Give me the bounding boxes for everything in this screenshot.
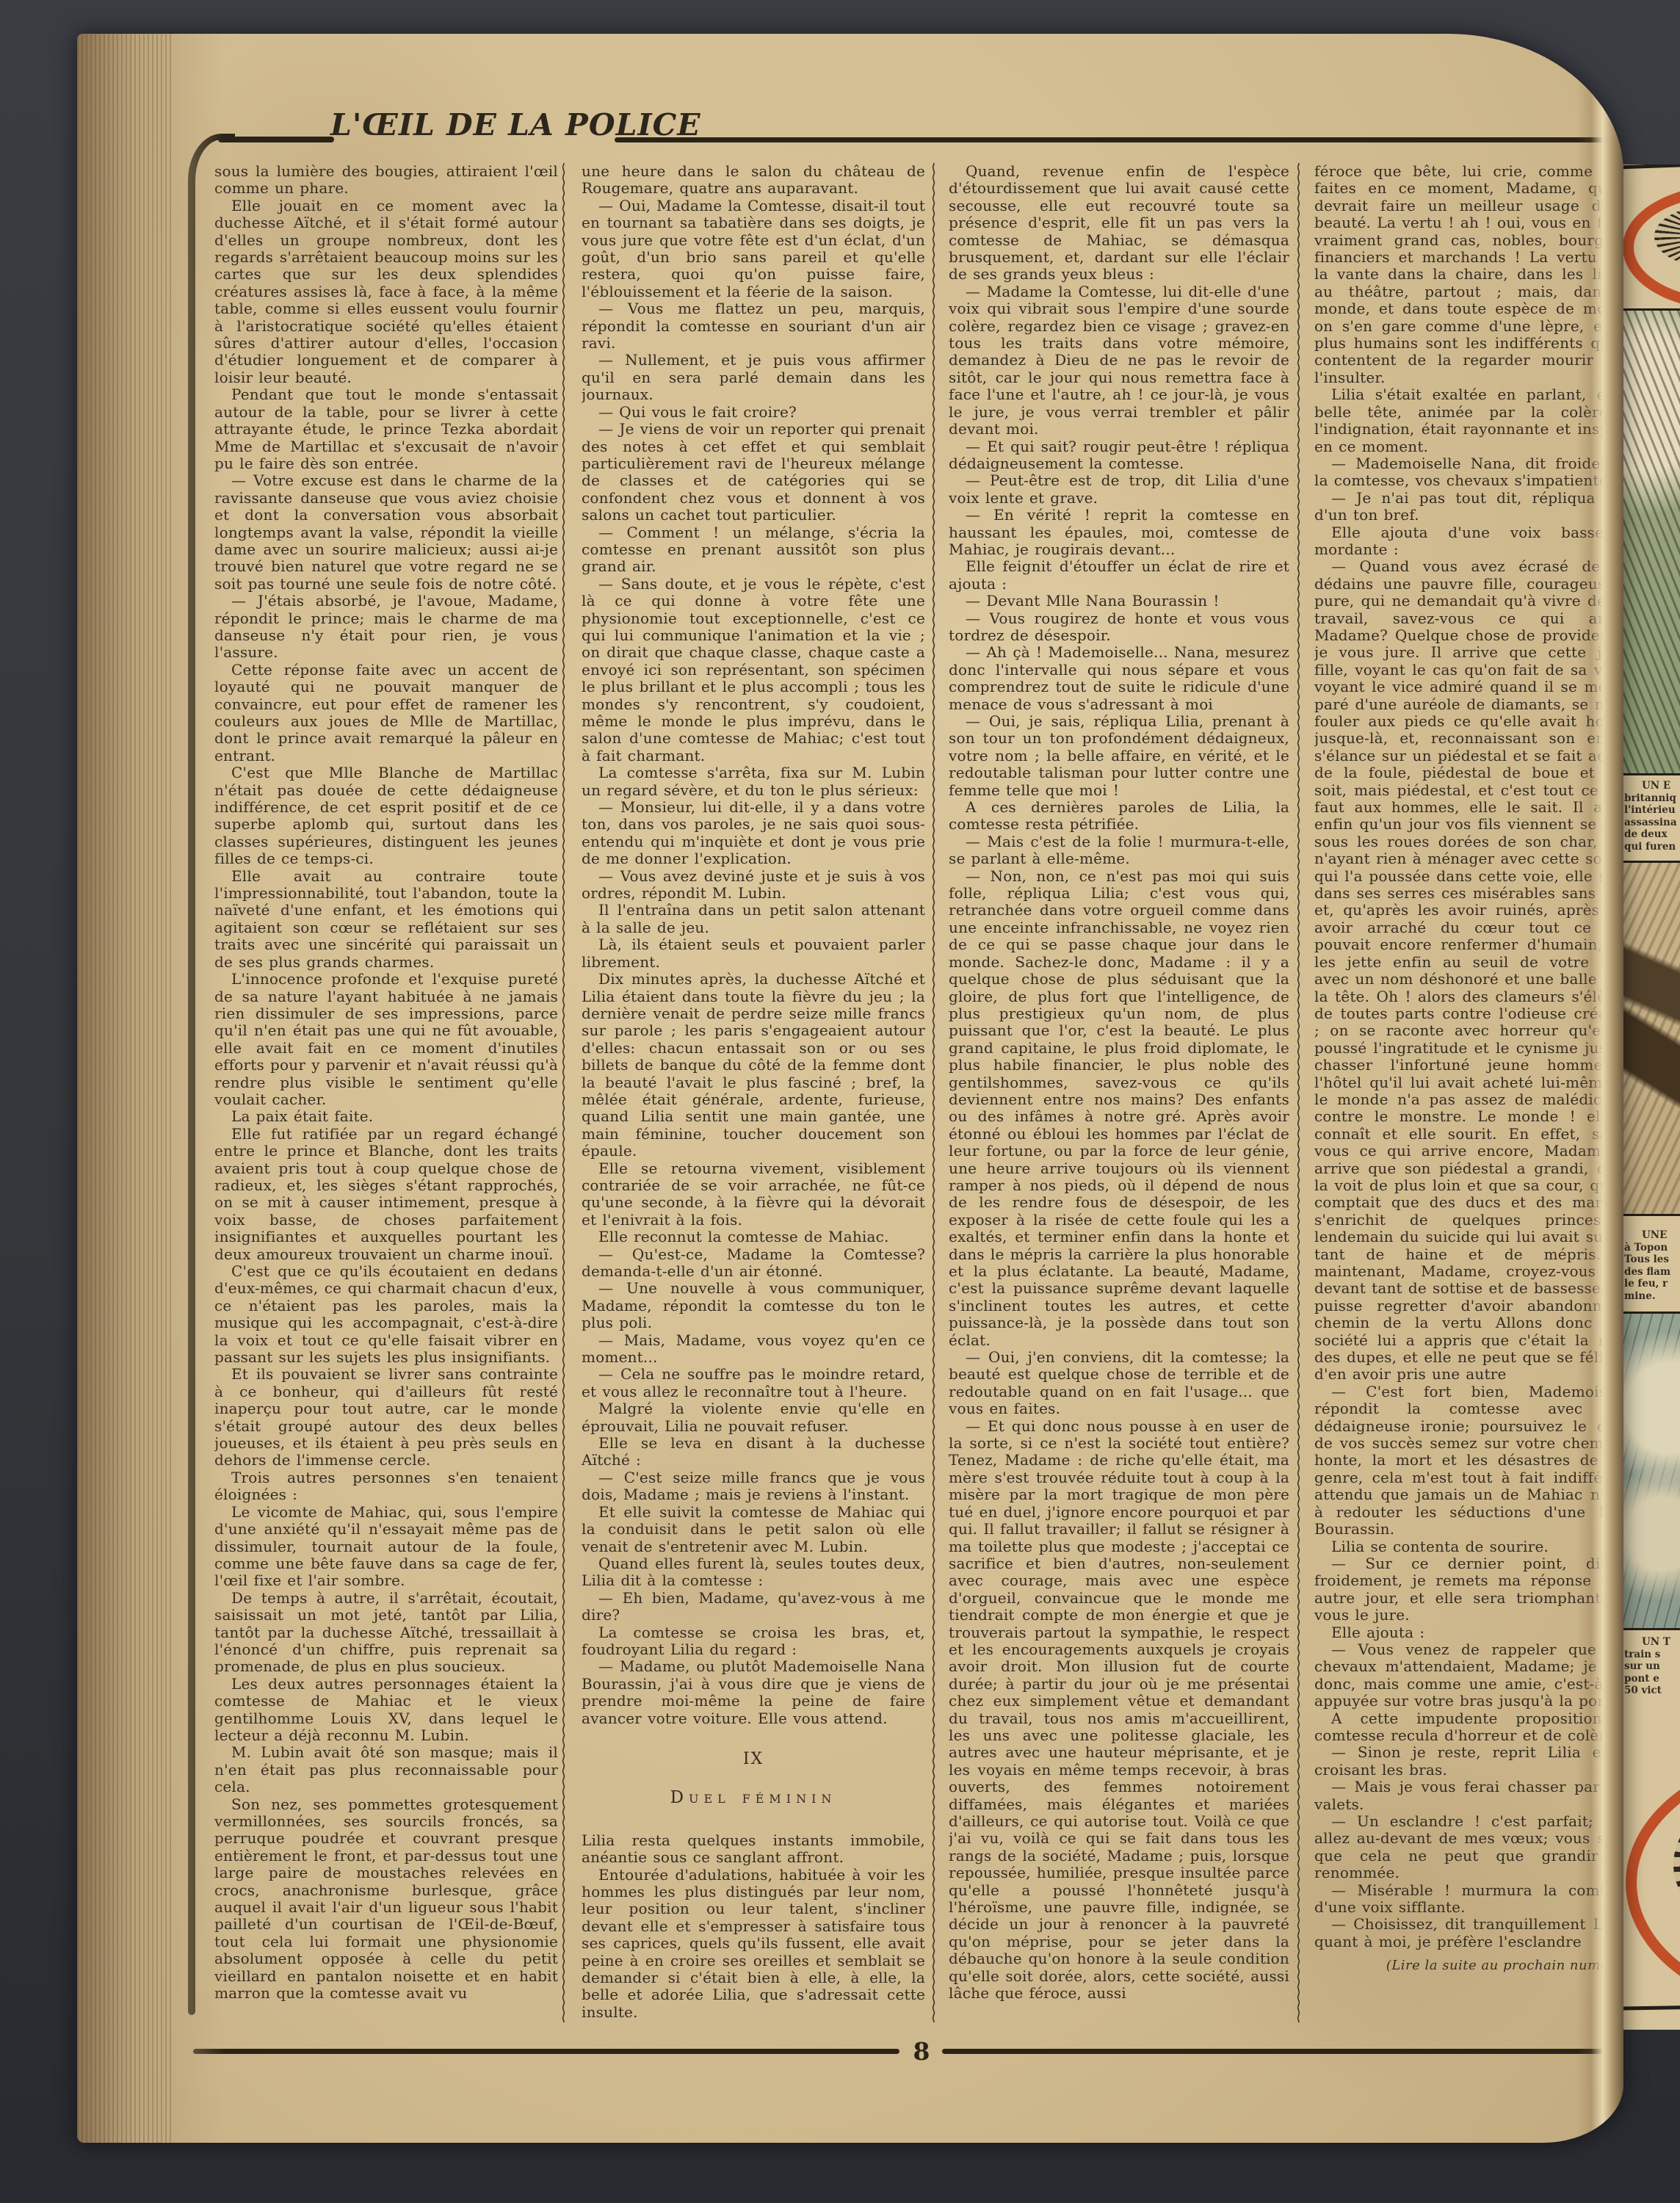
paragraph: — Vous venez de rappeler que mes chevaux… xyxy=(1314,1641,1623,1710)
side-page-top-rule xyxy=(1614,164,1680,170)
paragraph: l'intérieu xyxy=(1624,804,1680,817)
paragraph: — Quand vous avez écrasé de vos dédains … xyxy=(1314,558,1623,1383)
paragraph: — Vous rougirez de honte et vous vous to… xyxy=(949,610,1289,645)
paragraph: UN T xyxy=(1624,1636,1680,1649)
paragraph: Et ils pouvaient se livrer sans contrain… xyxy=(214,1366,558,1469)
paragraph: — Et qui donc nous pousse à en user de l… xyxy=(949,1418,1289,2003)
eye-iris-icon xyxy=(1673,1782,1680,1947)
paragraph: Lilia resta quelques instants immobile, … xyxy=(582,1832,925,1867)
paragraph: des flam xyxy=(1624,1266,1680,1278)
paragraph: Il l'entraîna dans un petit salon attena… xyxy=(582,902,925,936)
masthead-rule-left xyxy=(218,137,334,142)
paragraph: le feu, r xyxy=(1624,1278,1680,1290)
paragraph: sous la lumière des bougies, attiraient … xyxy=(214,163,558,198)
comic-panel-beams xyxy=(1618,861,1680,1216)
eye-emblem-bottom xyxy=(1626,1751,1680,2015)
paragraph: — Mais, Madame, vous voyez qu'en ce mome… xyxy=(582,1332,925,1367)
paragraph: — C'est fort bien, Mademoiselle, répondi… xyxy=(1314,1383,1623,1538)
paragraph: assassina xyxy=(1624,817,1680,829)
paragraph: sur un xyxy=(1624,1660,1680,1673)
paragraph: La comtesse s'arrêta, fixa sur M. Lubin … xyxy=(582,764,925,799)
paragraph: UNE xyxy=(1624,1229,1680,1242)
paragraph: mine. xyxy=(1624,1290,1680,1303)
frame-left-border xyxy=(188,181,195,2015)
paragraph: La comtesse se croisa les bras, et, foud… xyxy=(582,1624,925,1659)
paragraph: Elle fut ratifiée par un regard échangé … xyxy=(214,1126,558,1263)
paragraph: A ces dernières paroles de Lilia, la com… xyxy=(949,799,1289,833)
paragraph: — Mais c'est de la folie ! murmura-t-ell… xyxy=(949,833,1289,868)
paragraph: — Je n'ai pas tout dit, répliqua Lilia d… xyxy=(1314,490,1623,524)
bottom-rule-right xyxy=(942,2049,1623,2054)
paragraph: A cette impudente proposition, la comtes… xyxy=(1314,1710,1623,1745)
paragraph: — Madame, ou plutôt Mademoiselle Nana Bo… xyxy=(582,1658,925,1727)
text-column-2: une heure dans le salon du château de Ro… xyxy=(582,163,925,2047)
paragraph: C'est que Mlle Blanche de Martillac n'ét… xyxy=(214,764,558,867)
paragraph: Les deux autres personnages étaient la c… xyxy=(214,1676,558,1745)
paragraph: Quand, revenue enfin de l'espèce d'étour… xyxy=(949,163,1289,283)
paragraph: Elle ajouta d'une voix basse et mordante… xyxy=(1314,524,1623,559)
paragraph: Elle ajouta : xyxy=(1314,1624,1623,1641)
paragraph: M. Lubin avait ôté son masque; mais il n… xyxy=(214,1744,558,1795)
paragraph: — Misérable ! murmura la comtesse d'une … xyxy=(1314,1882,1623,1917)
comic-caption-2: UNEà ToponTous lesdes flamle feu, rmine. xyxy=(1614,1225,1680,1302)
paragraph: — Non, non, ce n'est pas moi qui suis fo… xyxy=(949,868,1289,1349)
paragraph: — J'étais absorbé, je l'avoue, Madame, r… xyxy=(214,593,558,662)
paragraph: de deux xyxy=(1624,828,1680,841)
paragraph: — Une nouvelle à vous communiquer, Madam… xyxy=(582,1280,925,1331)
paragraph: — Ah çà ! Mademoiselle... Nana, mesurez … xyxy=(949,644,1289,713)
text-column-1: sous la lumière des bougies, attiraient … xyxy=(214,163,558,2047)
paragraph: — Sur ce dernier point, dit-elle froidem… xyxy=(1314,1555,1623,1624)
paragraph: — Devant Mlle Nana Bourassin ! xyxy=(949,593,1289,609)
paragraph: Le vicomte de Mahiac, qui, sous l'empire… xyxy=(214,1504,558,1590)
paragraph: Et elle suivit la comtesse de Mahiac qui… xyxy=(582,1504,925,1555)
page-title: L'ŒIL DE LA POLICE xyxy=(330,107,609,142)
column-2-part-2: Lilia resta quelques instants immobile, … xyxy=(582,1832,925,2021)
paragraph: UN E xyxy=(1624,780,1680,792)
paragraph: — Nullement, et je puis vous affirmer qu… xyxy=(582,352,925,403)
paragraph: — Comment ! un mélange, s'écria la comte… xyxy=(582,524,925,576)
continuation-note: (Lire la suite au prochain numéro). xyxy=(1318,1958,1623,1973)
paragraph: féroce que bête, lui crie, comme vous fa… xyxy=(1314,163,1623,386)
paragraph: — Monsieur, lui dit-elle, il y a dans vo… xyxy=(582,799,925,868)
chapter-title: Duel féminin xyxy=(582,1790,925,1806)
paragraph: — Cela ne souffre pas le moindre retard,… xyxy=(582,1366,925,1400)
paragraph: qui furen xyxy=(1624,841,1680,853)
paragraph: — Mademoiselle Nana, dit froidement la c… xyxy=(1314,455,1623,490)
paragraph: De temps à autre, il s'arrêtait, écoutai… xyxy=(214,1590,558,1676)
paragraph: — Choisissez, dit tranquillement Lilia ;… xyxy=(1314,1916,1623,1950)
bottom-rule-left xyxy=(193,2049,899,2054)
paragraph: Elle reconnut la comtesse de Mahiac. xyxy=(582,1229,925,1245)
comic-panel-figure xyxy=(1618,308,1680,775)
paragraph: — Vous me flattez un peu, marquis, répon… xyxy=(582,300,925,352)
paragraph: — Qui vous le fait croire? xyxy=(582,404,925,421)
paragraph: Elle avait au contraire toute l'impressi… xyxy=(214,868,558,971)
paragraph: Elle jouait en ce moment avec la duchess… xyxy=(214,198,558,386)
paragraph: — Votre excuse est dans le charme de la … xyxy=(214,472,558,593)
paragraph: C'est que ce qu'ils écoutaient en dedans… xyxy=(214,1263,558,1366)
paragraph: Elle se retourna vivement, visiblement c… xyxy=(582,1160,925,1229)
paragraph: — Vous avez deviné juste et je suis à vo… xyxy=(582,868,925,902)
eye-emblem-top xyxy=(1623,185,1680,310)
paragraph: — Sans doute, et je vous le répète, c'es… xyxy=(582,576,925,764)
masthead-rule-right xyxy=(615,137,1623,142)
paragraph: — Qu'est-ce, Madame la Comtesse? demanda… xyxy=(582,1246,925,1281)
side-page-bottom-rule xyxy=(1614,2005,1680,2011)
comic-panel-smoke xyxy=(1618,1312,1680,1630)
newspaper-page: L'ŒIL DE LA POLICE 8 sous la lumière des… xyxy=(77,34,1623,2143)
paragraph: 50 vict xyxy=(1624,1685,1680,1697)
paragraph: à Topon xyxy=(1624,1242,1680,1254)
paragraph: une heure dans le salon du château de Ro… xyxy=(582,163,925,198)
paragraph: — Oui, j'en conviens, dit la comtesse; l… xyxy=(949,1349,1289,1418)
comic-caption-3: UN Ttrain ssur unpont e50 vict xyxy=(1614,1632,1680,1697)
paragraph: La paix était faite. xyxy=(214,1108,558,1125)
paragraph: — Mais je vous ferai chasser par mes val… xyxy=(1314,1779,1623,1813)
chapter-number: IX xyxy=(582,1751,925,1768)
comic-caption-1: UN Ebritanniql'intérieuassassinade deuxq… xyxy=(1614,775,1680,853)
paragraph: — Peut-être est de trop, dit Lilia d'une… xyxy=(949,472,1289,507)
eye-iris-icon xyxy=(1654,205,1680,268)
paragraph: — Un esclandre ! c'est parfait; vous all… xyxy=(1314,1813,1623,1882)
paragraph: — Et qui sait? rougir peut-être ! répliq… xyxy=(949,438,1289,473)
paragraph: Pendant que tout le monde s'entassait au… xyxy=(214,386,558,472)
column-2-part-1: une heure dans le salon du château de Ro… xyxy=(582,163,925,1727)
paragraph: — C'est seize mille francs que je vous d… xyxy=(582,1469,925,1504)
text-column-3: Quand, revenue enfin de l'espèce d'étour… xyxy=(949,163,1289,2047)
paragraph: — Sinon je reste, reprit Lilia en se cro… xyxy=(1314,1744,1623,1779)
paragraph: Malgré la violente envie qu'elle en épro… xyxy=(582,1400,925,1435)
paragraph: Lilia s'était exaltée en parlant, et sa … xyxy=(1314,386,1623,455)
paragraph: britanniq xyxy=(1624,792,1680,805)
paragraph: — Eh bien, Madame, qu'avez-vous à me dir… xyxy=(582,1590,925,1624)
paragraph: — Je viens de voir un reporter qui prena… xyxy=(582,421,925,524)
next-page-comics-fragment: UN Ebritanniql'intérieuassassinade deuxq… xyxy=(1614,164,1680,2030)
paragraph: Cette réponse faite avec un accent de lo… xyxy=(214,662,558,764)
paragraph: — Oui, je sais, répliqua Lilia, prenant … xyxy=(949,713,1289,799)
paragraph: — Oui, Madame la Comtesse, disait-il tou… xyxy=(582,198,925,300)
paragraph: — Madame la Comtesse, lui dit-elle d'une… xyxy=(949,283,1289,438)
paragraph: Dix minutes après, la duchesse Aïtché et… xyxy=(582,971,925,1160)
paragraph: Là, ils étaient seuls et pouvaient parle… xyxy=(582,936,925,971)
paragraph: Entourée d'adulations, habituée à voir l… xyxy=(582,1867,925,2022)
paragraph: Elle feignit d'étouffer un éclat de rire… xyxy=(949,558,1289,593)
paragraph: Trois autres personnes s'en tenaient élo… xyxy=(214,1469,558,1504)
paragraph: Son nez, ses pommettes grotesquement ver… xyxy=(214,1796,558,2003)
paragraph: Elle se leva en disant à la duchesse Aït… xyxy=(582,1435,925,1469)
scanned-newspaper-page: UN Ebritanniql'intérieuassassinade deuxq… xyxy=(0,0,1680,2203)
paragraph: Quand elles furent là, seules toutes deu… xyxy=(582,1555,925,1590)
paragraph: Lilia se contenta de sourire. xyxy=(1314,1538,1623,1555)
paragraph: — En vérité ! reprit la comtesse en haus… xyxy=(949,507,1289,558)
paragraph: pont e xyxy=(1624,1673,1680,1685)
paragraph: Tous les xyxy=(1624,1254,1680,1266)
spine-shadow xyxy=(77,34,224,2143)
text-column-4: féroce que bête, lui crie, comme vous fa… xyxy=(1314,163,1623,2047)
paragraph: train s xyxy=(1624,1649,1680,1661)
paragraph: L'innocence profonde et l'exquise pureté… xyxy=(214,971,558,1108)
